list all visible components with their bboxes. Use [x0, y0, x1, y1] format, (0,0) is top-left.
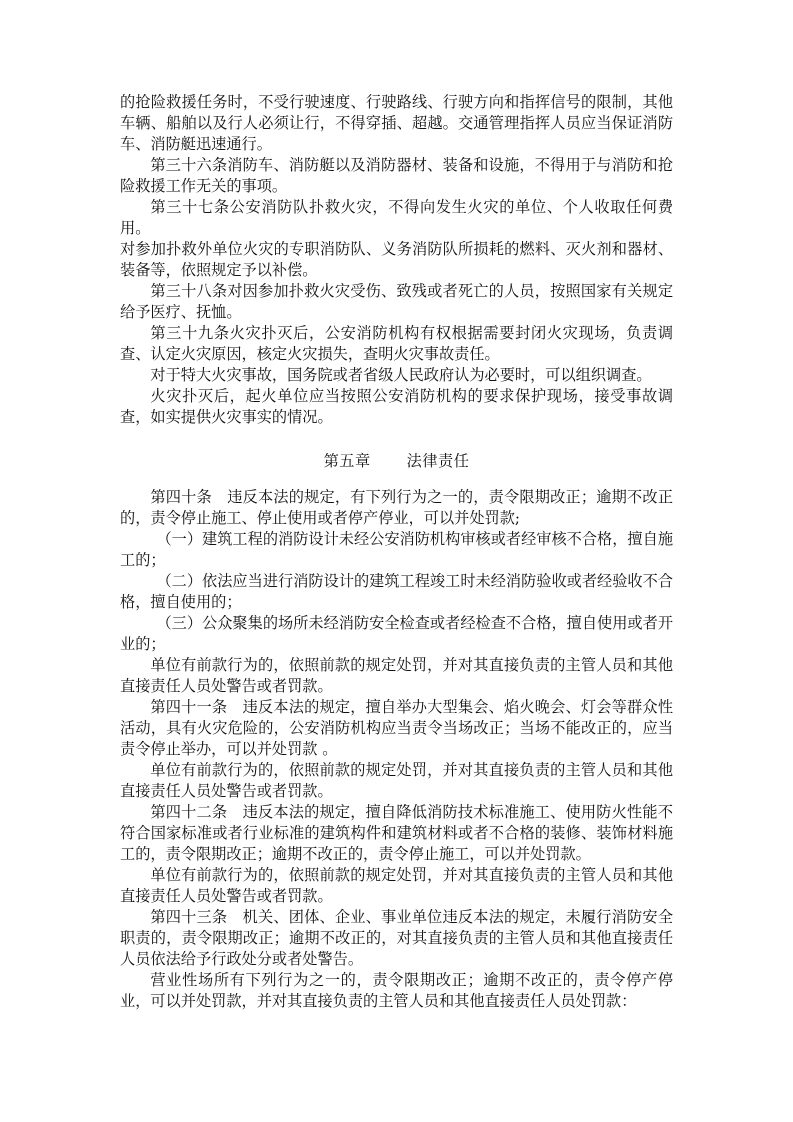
- article-36: 第三十六条消防车、消防艇以及消防器材、装备和设施，不得用于与消防和抢险救援工作无…: [120, 155, 673, 197]
- article-39-clause-3: 火灾扑灭后，起火单位应当按照公安消防机构的要求保护现场，接受事故调查，如实提供火…: [120, 386, 673, 428]
- article-42: 第四十二条 违反本法的规定，擅自降低消防技术标准施工、使用防火性能不符合国家标准…: [120, 802, 673, 865]
- article-42-clause-2: 单位有前款行为的，依照前款的规定处罚，并对其直接负责的主管人员和其他直接责任人员…: [120, 865, 673, 907]
- article-41: 第四十一条 违反本法的规定，擅自举办大型集会、焰火晚会、灯会等群众性活动，具有火…: [120, 697, 673, 760]
- article-40-item-3: （三）公众聚集的场所未经消防安全检查或者经检查不合格，擅自使用或者开业的；: [120, 613, 673, 655]
- paragraph-continuation: 的抢险救援任务时，不受行驶速度、行驶路线、行驶方向和指挥信号的限制，其他车辆、船…: [120, 92, 673, 155]
- article-40-clause-2: 单位有前款行为的，依照前款的规定处罚，并对其直接负责的主管人员和其他直接责任人员…: [120, 655, 673, 697]
- document-page: 的抢险救援任务时，不受行驶速度、行驶路线、行驶方向和指挥信号的限制，其他车辆、船…: [120, 92, 673, 1012]
- chapter-title: 法律责任: [407, 452, 470, 470]
- article-39: 第三十九条火灾扑灭后，公安消防机构有权根据需要封闭火灾现场，负责调查、认定火灾原…: [120, 323, 673, 365]
- article-43: 第四十三条 机关、团体、企业、事业单位违反本法的规定，未履行消防安全职责的，责令…: [120, 907, 673, 970]
- chapter-heading: 第五章法律责任: [120, 451, 673, 472]
- article-41-clause-2: 单位有前款行为的，依照前款的规定处罚，并对其直接负责的主管人员和其他直接责任人员…: [120, 760, 673, 802]
- article-37: 第三十七条公安消防队扑救火灾，不得向发生火灾的单位、个人收取任何费用。: [120, 197, 673, 239]
- article-39-clause-2: 对于特大火灾事故，国务院或者省级人民政府认为必要时，可以组织调查。: [120, 365, 673, 386]
- article-37-clause-2: 对参加扑救外单位火灾的专职消防队、义务消防队所损耗的燃料、灭火剂和器材、装备等，…: [120, 239, 673, 281]
- article-40: 第四十条 违反本法的规定，有下列行为之一的，责令限期改正；逾期不改正的，责令停止…: [120, 487, 673, 529]
- chapter-number: 第五章: [324, 452, 371, 470]
- article-43-clause-2: 营业性场所有下列行为之一的，责令限期改正；逾期不改正的，责令停产停业，可以并处罚…: [120, 970, 673, 1012]
- article-40-item-2: （二）依法应当进行消防设计的建筑工程竣工时未经消防验收或者经验收不合格，擅自使用…: [120, 571, 673, 613]
- article-40-item-1: （一）建筑工程的消防设计未经公安消防机构审核或者经审核不合格，擅自施工的；: [120, 529, 673, 571]
- article-38: 第三十八条对因参加扑救火灾受伤、致残或者死亡的人员，按照国家有关规定给予医疗、抚…: [120, 281, 673, 323]
